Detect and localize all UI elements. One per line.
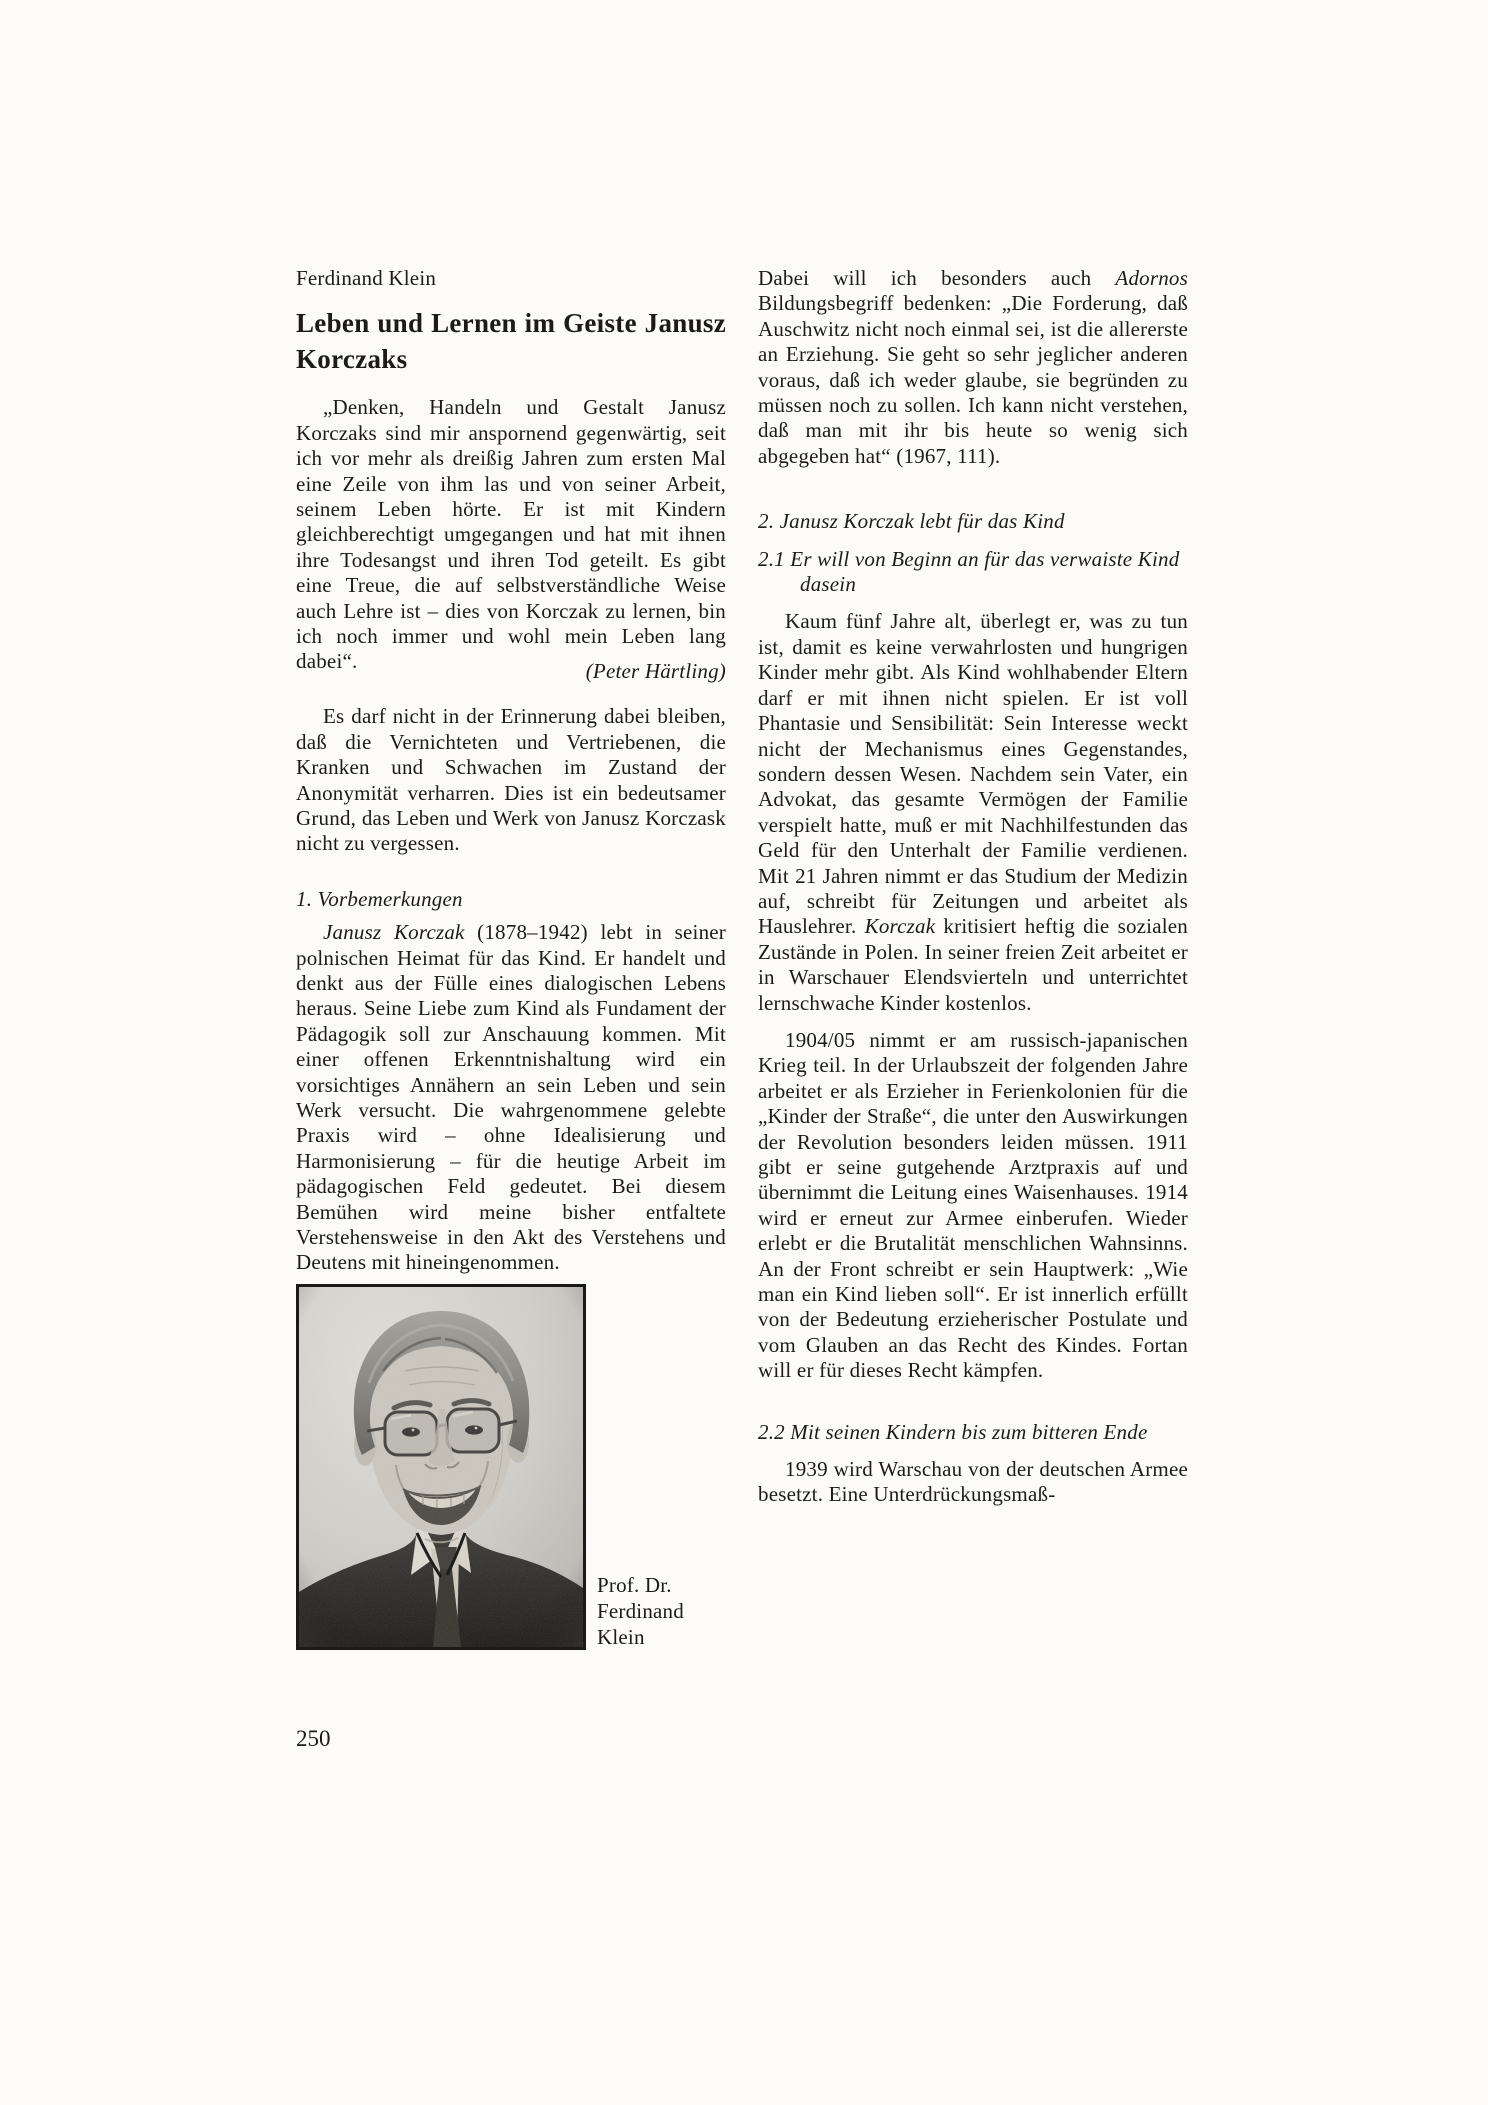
photo-caption-line: Prof. Dr.: [597, 1572, 684, 1598]
section-1-heading: 1. Vorbemerkungen: [296, 887, 726, 912]
kaum-paragraph-pre: Kaum fünf Jahre alt, überlegt er, was zu…: [758, 609, 1188, 938]
adorno-paragraph-italic: Adornos: [1115, 266, 1188, 290]
portrait-photo: [296, 1284, 586, 1650]
page-number: 250: [296, 1726, 331, 1752]
adorno-paragraph: Dabei will ich besonders auch Adornos Bi…: [758, 266, 1188, 469]
kaum-paragraph: Kaum fünf Jahre alt, überlegt er, was zu…: [758, 609, 1188, 1016]
memory-paragraph: Es darf nicht in der Erinnerung dabei bl…: [296, 704, 726, 856]
author-line: Ferdinand Klein: [296, 266, 726, 291]
section-2-1-heading: 2.1 Er will von Beginn an für das verwai…: [758, 547, 1188, 598]
section-2-2-heading: 2.2 Mit seinen Kindern bis zum bitteren …: [758, 1420, 1188, 1445]
photo-caption-line: Klein: [597, 1624, 684, 1650]
quote-paragraph: „Denken, Handeln und Gestalt Janusz Korc…: [296, 395, 726, 674]
left-column: Ferdinand Klein Leben und Lernen im Geis…: [296, 266, 726, 1656]
kaum-paragraph-italic: Korczak: [865, 914, 936, 938]
photo-caption: Prof. Dr. Ferdinand Klein: [597, 1572, 684, 1650]
section-1-paragraph-lead-italic: Janusz Korczak: [323, 920, 465, 944]
quote-attribution: (Peter Härtling): [296, 659, 726, 684]
adorno-paragraph-post: Bildungsbegriff bedenken: „Die Forderung…: [758, 291, 1188, 467]
war-paragraph: 1904/05 nimmt er am russisch-japanischen…: [758, 1028, 1188, 1384]
section-1-paragraph-rest: (1878–1942) lebt in seiner polnischen He…: [296, 920, 726, 1274]
portrait-photo-illustration: [299, 1287, 583, 1647]
adorno-paragraph-pre: Dabei will ich besonders auch: [758, 266, 1115, 290]
warsaw-paragraph: 1939 wird Warschau von der deutschen Arm…: [758, 1457, 1188, 1508]
photo-block: Prof. Dr. Ferdinand Klein: [296, 1284, 726, 1656]
article-title-line-2: Korczaks: [296, 341, 726, 377]
section-1-paragraph: Janusz Korczak (1878–1942) lebt in seine…: [296, 920, 726, 1276]
scanned-page: Ferdinand Klein Leben und Lernen im Geis…: [0, 0, 1488, 2105]
section-2-heading: 2. Janusz Korczak lebt für das Kind: [758, 509, 1188, 534]
photo-caption-line: Ferdinand: [597, 1598, 684, 1624]
article-title: Leben und Lernen im Geiste Janusz Korcza…: [296, 305, 726, 377]
article-title-line-1: Leben und Lernen im Geiste Janusz: [296, 305, 726, 341]
right-column: Dabei will ich besonders auch Adornos Bi…: [758, 266, 1188, 1508]
